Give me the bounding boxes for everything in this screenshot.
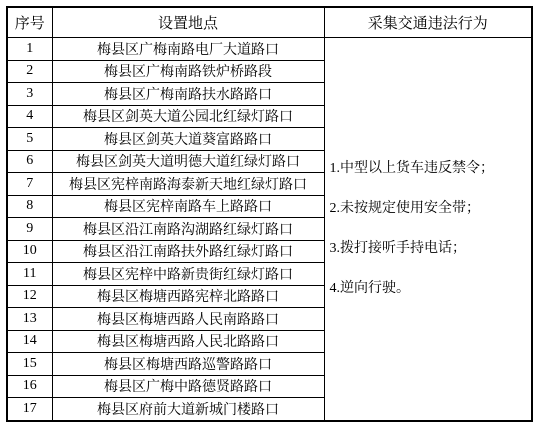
row-number: 14 [7,330,52,353]
violation-item: 3.拨打接听手持电话； [330,229,532,269]
header-no: 序号 [7,7,52,38]
row-location: 梅县区梅塘西路人民南路路口 [52,308,324,331]
row-number: 7 [7,173,52,196]
row-location: 梅县区沿江南路沟湖路红绿灯路口 [52,218,324,241]
row-number: 13 [7,308,52,331]
row-number: 6 [7,150,52,173]
row-location: 梅县区剑英大道明德大道红绿灯路口 [52,150,324,173]
violations-cell: 1.中型以上货车违反禁令； 2.未按规定使用安全带； 3.拨打接听手持电话； 4… [324,38,532,422]
row-number: 11 [7,263,52,286]
violation-item: 4.逆向行驶。 [330,269,532,309]
row-number: 10 [7,240,52,263]
header-location: 设置地点 [52,7,324,38]
row-number: 15 [7,353,52,376]
row-number: 2 [7,60,52,83]
row-location: 梅县区梅塘西路宪梓北路路口 [52,285,324,308]
row-number: 5 [7,128,52,151]
row-number: 16 [7,375,52,398]
row-location: 梅县区宪梓南路海泰新天地红绿灯路口 [52,173,324,196]
row-location: 梅县区广梅南路扶水路路口 [52,83,324,106]
header-violations: 采集交通违法行为 [324,7,532,38]
row-location: 梅县区剑英大道公园北红绿灯路口 [52,105,324,128]
row-location: 梅县区剑英大道葵富路路口 [52,128,324,151]
violation-item: 2.未按规定使用安全带； [330,189,532,229]
row-location: 梅县区府前大道新城门楼路口 [52,398,324,421]
camera-locations-table: 序号 设置地点 采集交通违法行为 1 梅县区广梅南路电厂大道路口 1.中型以上货… [6,6,533,422]
row-location: 梅县区梅塘西路巡警路路口 [52,353,324,376]
table-row: 1 梅县区广梅南路电厂大道路口 1.中型以上货车违反禁令； 2.未按规定使用安全… [7,38,532,61]
row-location: 梅县区广梅中路德贤路路口 [52,375,324,398]
row-number: 9 [7,218,52,241]
page: 序号 设置地点 采集交通违法行为 1 梅县区广梅南路电厂大道路口 1.中型以上货… [0,0,538,438]
row-location: 梅县区沿江南路扶外路红绿灯路口 [52,240,324,263]
row-location: 梅县区宪梓南路车上路路口 [52,195,324,218]
row-number: 12 [7,285,52,308]
row-number: 3 [7,83,52,106]
table-header-row: 序号 设置地点 采集交通违法行为 [7,7,532,38]
row-location: 梅县区宪梓中路新贵街红绿灯路口 [52,263,324,286]
row-location: 梅县区广梅南路电厂大道路口 [52,38,324,61]
violation-item: 1.中型以上货车违反禁令； [330,149,532,189]
row-location: 梅县区梅塘西路人民北路路口 [52,330,324,353]
row-location: 梅县区广梅南路铁炉桥路段 [52,60,324,83]
row-number: 8 [7,195,52,218]
row-number: 17 [7,398,52,421]
row-number: 1 [7,38,52,61]
row-number: 4 [7,105,52,128]
